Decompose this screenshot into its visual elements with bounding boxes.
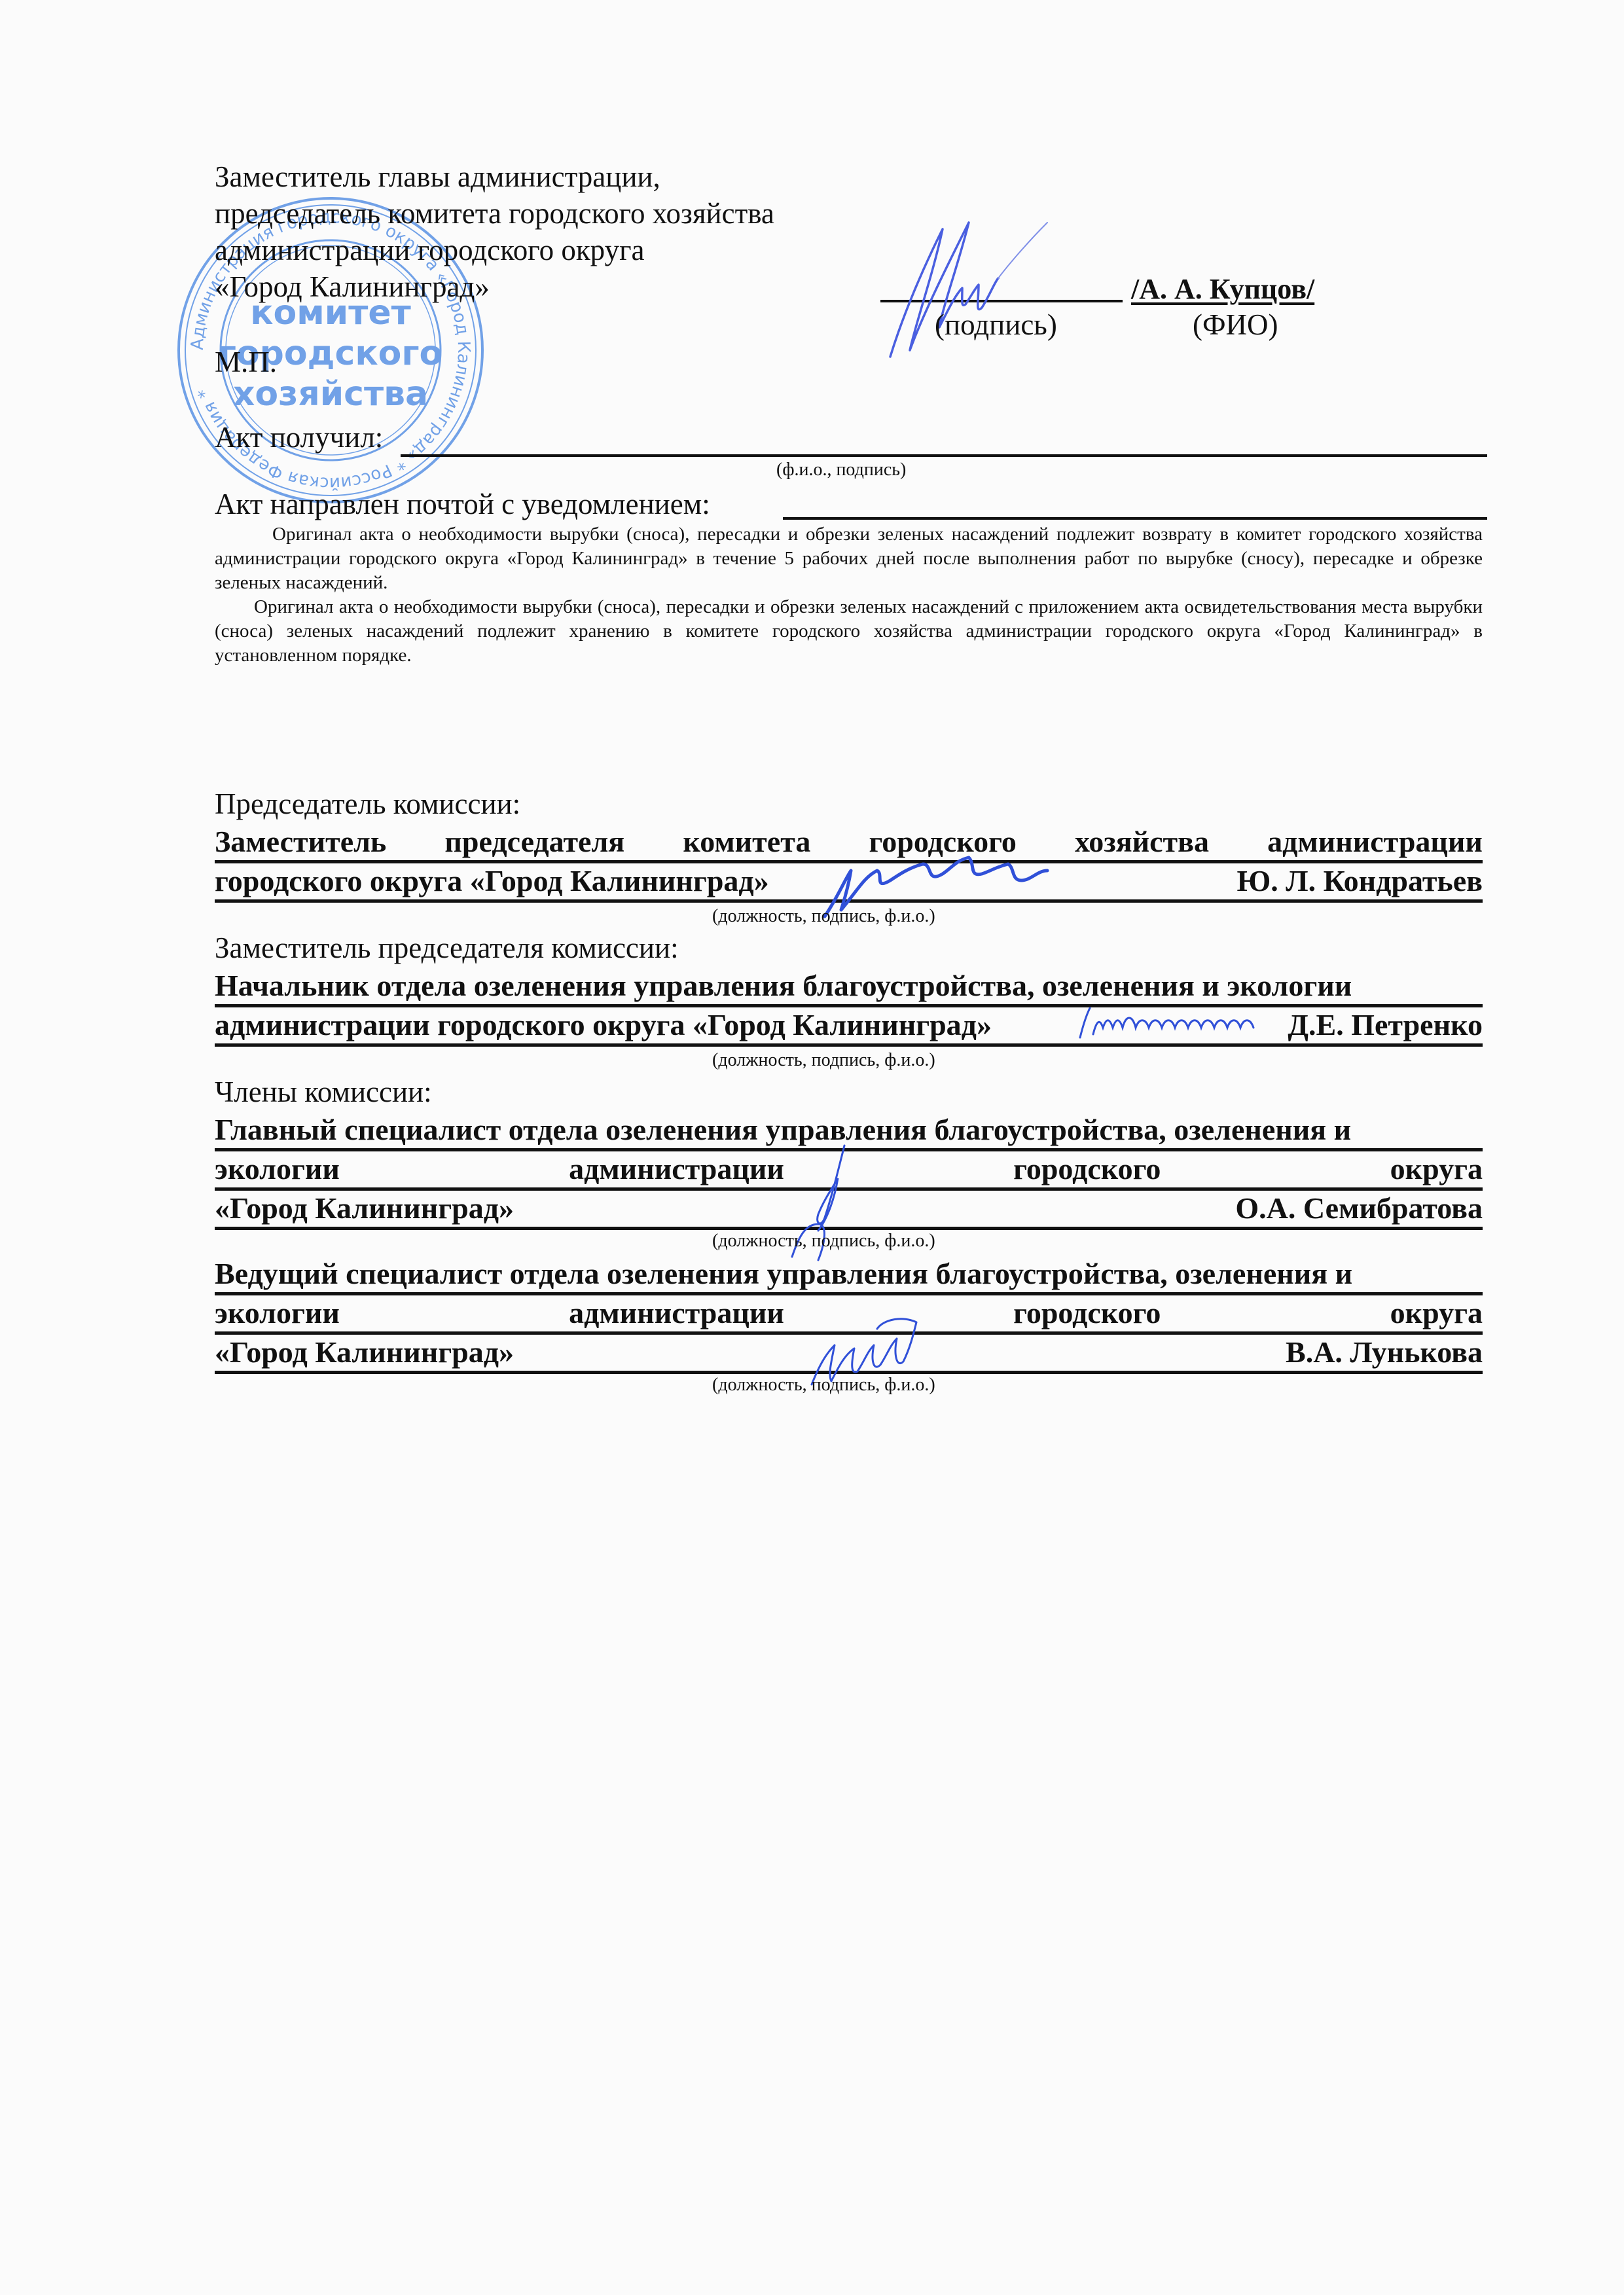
word: округа	[1390, 1151, 1483, 1187]
act-mailed-label: Акт направлен почтой с уведомлением:	[215, 486, 710, 522]
member-name: В.А. Лунькова	[1286, 1334, 1483, 1371]
approver-position-line: председатель комитета городского хозяйст…	[215, 195, 774, 232]
member-1-position-line-2: экологии администрации городского округа	[215, 1151, 1483, 1191]
act-received-label: Акт получил:	[215, 419, 383, 456]
approver-name-text: /А. А. Купцов/	[1131, 273, 1314, 305]
seal-place-label: М.П.	[215, 344, 277, 380]
deputy-chairman-position: администрации городского округа «Город К…	[215, 1007, 992, 1043]
chairman-position: городского округа «Город Калининград»	[215, 863, 769, 899]
approver-position-line: «Город Калининград»	[215, 268, 774, 305]
signature-caption: (подпись)	[935, 306, 1057, 343]
chairman-position-line-1: Заместитель председателя комитета городс…	[215, 823, 1483, 863]
word: городского	[1013, 1151, 1161, 1187]
member-1-position-line-1: Главный специалист отдела озеленения упр…	[215, 1111, 1483, 1151]
member-name: О.А. Семибратова	[1235, 1190, 1483, 1227]
deputy-chairman-caption: (должность, подпись, ф.и.о.)	[712, 1050, 935, 1071]
act-received-caption: (ф.и.о., подпись)	[776, 460, 906, 480]
word: комитета	[683, 823, 810, 860]
member-2-caption: (должность, подпись, ф.и.о.)	[712, 1375, 935, 1396]
members-heading: Члены комиссии:	[215, 1074, 432, 1110]
member-position: «Город Калининград»	[215, 1190, 514, 1227]
member-2-position-line-2: экологии администрации городского округа	[215, 1295, 1483, 1335]
act-mailed-field[interactable]	[783, 517, 1487, 520]
note-paragraph-storage: Оригинал акта о необходимости вырубки (с…	[215, 595, 1483, 668]
approver-position-block: Заместитель главы администрации, председ…	[215, 158, 774, 305]
deputy-chairman-position-line-1: Начальник отдела озеленения управления б…	[215, 967, 1483, 1007]
approver-position-line: администрации городского округа	[215, 232, 774, 268]
word: округа	[1390, 1295, 1483, 1331]
word: экологии	[215, 1295, 340, 1331]
approver-position-line: Заместитель главы администрации,	[215, 158, 774, 195]
notes-block: Оригинал акта о необходимости вырубки (с…	[215, 522, 1483, 668]
word: администрации	[569, 1295, 784, 1331]
chairman-name: Ю. Л. Кондратьев	[1237, 863, 1483, 899]
act-received-field[interactable]	[401, 454, 1487, 457]
word: экологии	[215, 1151, 340, 1187]
word: председателя	[444, 823, 624, 860]
deputy-chairman-position-text: Начальник отдела озеленения управления б…	[215, 967, 1352, 1004]
word: городского	[869, 823, 1017, 860]
word: администрации	[1267, 823, 1483, 860]
deputy-chairman-position-line-2: администрации городского округа «Город К…	[215, 1007, 1483, 1047]
chairman-caption: (должность, подпись, ф.и.о.)	[712, 906, 935, 927]
deputy-chairman-heading: Заместитель председателя комиссии:	[215, 930, 679, 966]
word: хозяйства	[1075, 823, 1209, 860]
member-position-text: Ведущий специалист отдела озеленения упр…	[215, 1256, 1352, 1292]
member-2-position-line-3: «Город Калининград» В.А. Лунькова	[215, 1334, 1483, 1374]
word: администрации	[569, 1151, 784, 1187]
chairman-heading: Председатель комиссии:	[215, 786, 520, 822]
approver-name: /А. А. Купцов/	[1131, 271, 1314, 308]
member-1-caption: (должность, подпись, ф.и.о.)	[712, 1231, 935, 1252]
member-position-text: Главный специалист отдела озеленения упр…	[215, 1111, 1351, 1148]
member-position: «Город Калининград»	[215, 1334, 514, 1371]
chairman-position-line-2: городского округа «Город Калининград» Ю.…	[215, 863, 1483, 903]
svg-text:хозяйства: хозяйства	[233, 374, 428, 414]
note-paragraph-return: Оригинал акта о необходимости вырубки (с…	[215, 522, 1483, 595]
approver-signature-line	[880, 300, 1123, 302]
word: Заместитель	[215, 823, 386, 860]
deputy-chairman-name: Д.Е. Петренко	[1288, 1007, 1483, 1043]
word: городского	[1013, 1295, 1161, 1331]
name-caption: (ФИО)	[1193, 306, 1278, 343]
member-1-position-line-3: «Город Калининград» О.А. Семибратова	[215, 1190, 1483, 1230]
member-2-position-line-1: Ведущий специалист отдела озеленения упр…	[215, 1256, 1483, 1295]
